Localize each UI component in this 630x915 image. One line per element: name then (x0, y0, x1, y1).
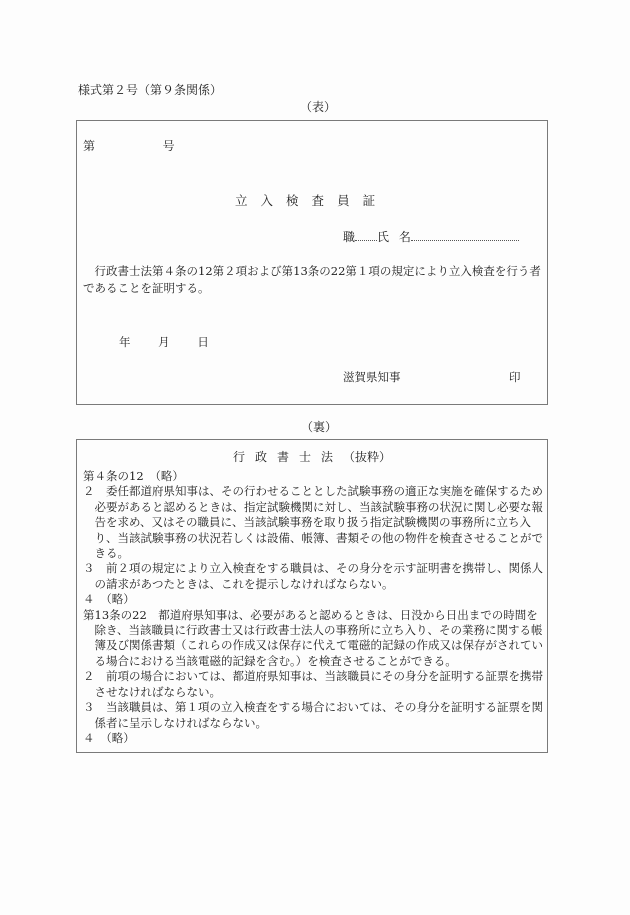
article-4-12-para-4: ４ （略） (83, 592, 545, 607)
form-number: 様式第２号（第９条関係） (78, 81, 222, 98)
position-label: 職 (343, 230, 355, 244)
article-4-12-para-3: ３ 前２項の規定により立入検査をする職員は、その身分を示す証明書を携帯し、関係人… (83, 561, 545, 592)
law-excerpt-title: 行政書士法（抜粋） (233, 448, 391, 465)
article-4-12-para-2: ２ 委任都道府県知事は、その行わせることとした試験事務の適正な実施を確保するため… (83, 484, 545, 561)
inspector-certificate-back: 行政書士法（抜粋） 第４条の12 （略） ２ 委任都道府県知事は、その行わせるこ… (76, 439, 548, 753)
year-label: 年 (119, 334, 131, 350)
day-label: 日 (197, 334, 209, 350)
certification-text: 行政書士法第４条の12第２項および第13条の22第１項の規定により立入検査を行う… (83, 263, 543, 297)
article-4-12: 第４条の12 （略） (83, 469, 545, 484)
article-13-22-para-4: ４ （略） (83, 731, 545, 746)
issue-date: 年 月 日 (119, 334, 233, 350)
name-blank (411, 230, 519, 241)
article-13-22-para-2: ２ 前項の場合においては、都道府県知事は、当該職員にその身分を証明する証票を携帯… (83, 669, 545, 700)
inspector-certificate-front: 第 号 立入検査員証 職氏 名 行政書士法第４条の12第２項および第13条の22… (76, 120, 548, 405)
article-13-22-para-3: ３ 当該職員は、第１項の立入検査をする場合においては、その身分を証明する証票を関… (83, 700, 545, 731)
law-excerpt: 第４条の12 （略） ２ 委任都道府県知事は、その行わせることとした試験事務の適… (83, 469, 545, 746)
article-13-22: 第13条の22 都道府県知事は、必要があると認めるときは、日没から日出までの時間… (83, 608, 545, 670)
issuer: 滋賀県知事 (343, 369, 401, 385)
seal-mark: 印 (509, 369, 521, 385)
front-side-label: （表） (300, 98, 336, 115)
position-name-field: 職氏 名 (343, 228, 519, 245)
position-blank (355, 230, 377, 241)
number-prefix: 第 (83, 137, 95, 154)
certificate-number: 第 号 (83, 137, 175, 154)
month-label: 月 (158, 334, 170, 350)
certificate-title: 立入検査員証 (235, 191, 388, 209)
name-label-2: 名 (399, 230, 411, 244)
number-suffix: 号 (163, 137, 175, 154)
name-label-1: 氏 (377, 230, 389, 244)
back-side-label: （裏） (301, 418, 337, 435)
